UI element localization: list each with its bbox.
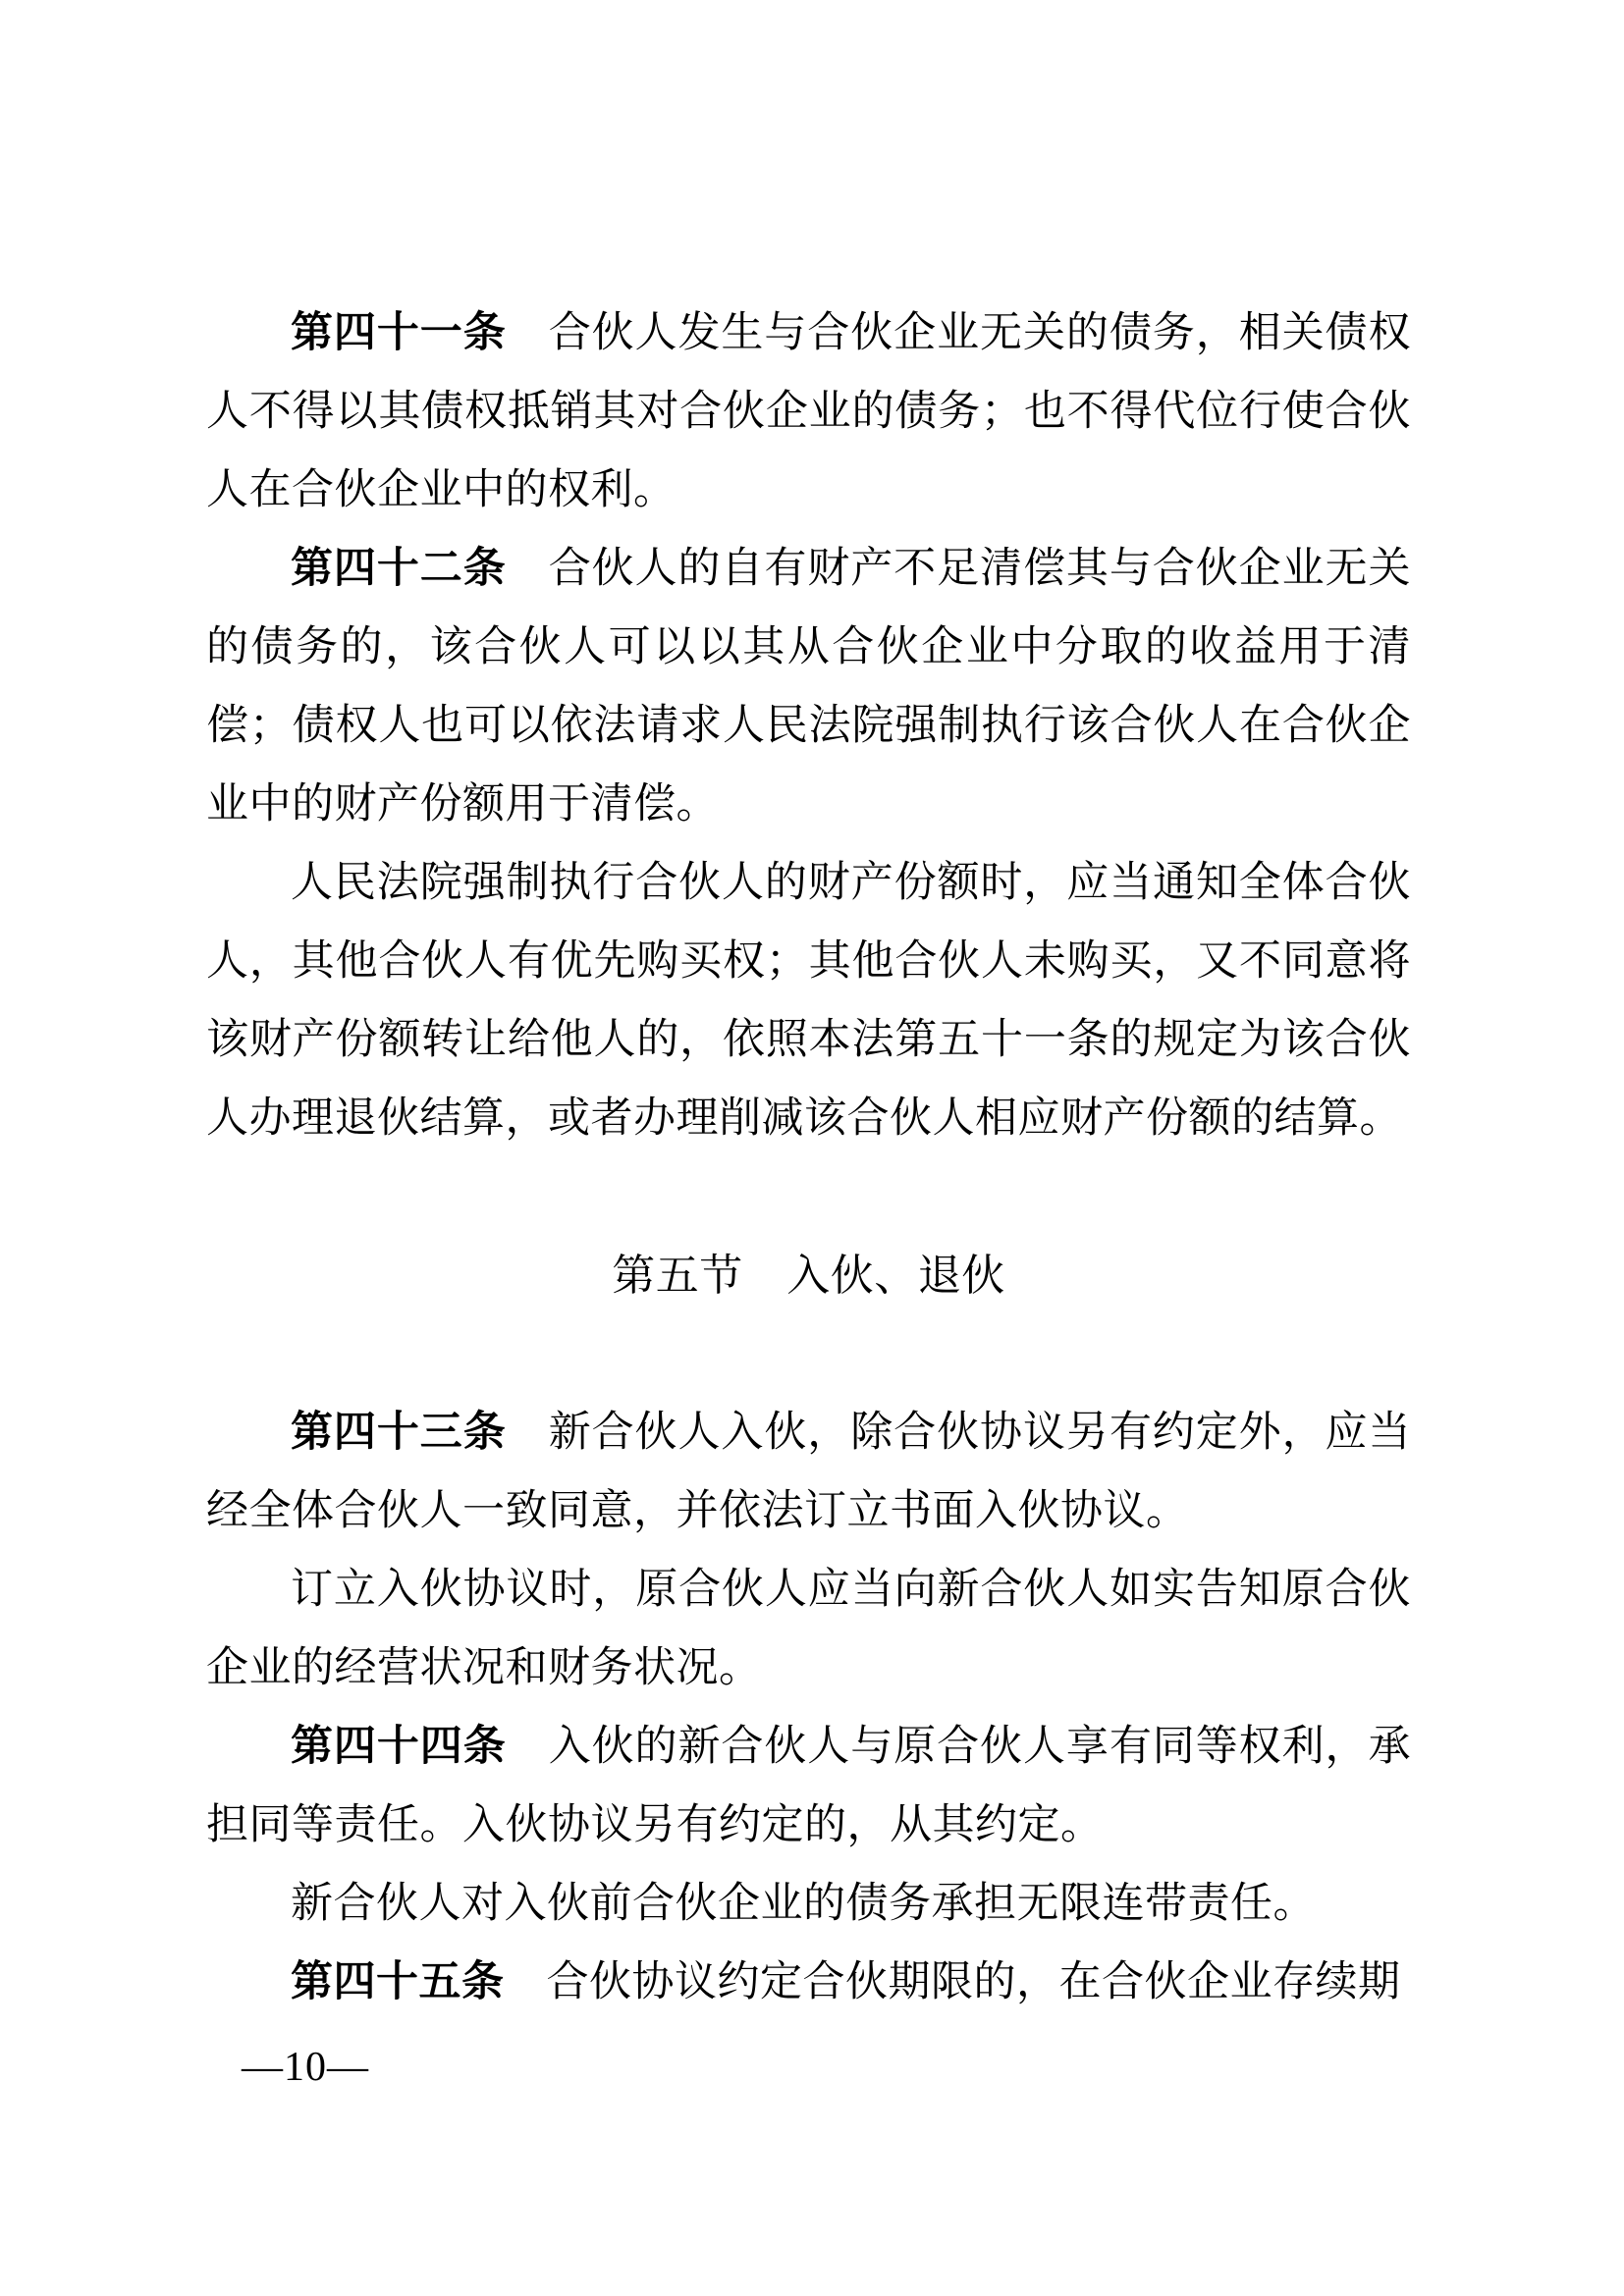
document-page: 第四十一条合伙人发生与合伙企业无关的债务，相关债权人不得以其债权抵销其对合伙企业…: [0, 0, 1624, 2296]
body-paragraph: 新合伙人对入伙前合伙企业的债务承担无限连带责任。: [206, 1865, 1411, 1944]
article-number-label: 第四十四条: [291, 1724, 507, 1770]
paragraph-text: 新合伙人对入伙前合伙企业的债务承担无限连带责任。: [291, 1881, 1316, 1927]
paragraph-text: 合伙协议约定合伙期限的，在合伙企业存续期: [547, 1959, 1401, 2005]
article-number-label: 第四十三条: [291, 1410, 507, 1456]
document-body: 第四十一条合伙人发生与合伙企业无关的债务，相关债权人不得以其债权抵销其对合伙企业…: [206, 294, 1411, 2022]
article-number-label: 第四十五条: [291, 1959, 505, 2005]
article-number-label: 第四十二条: [291, 546, 507, 592]
article-paragraph: 第四十一条合伙人发生与合伙企业无关的债务，相关债权人不得以其债权抵销其对合伙企业…: [206, 294, 1411, 530]
page-number: —10—: [242, 2044, 369, 2091]
article-paragraph: 第四十二条合伙人的自有财产不足清偿其与合伙企业无关的债务的，该合伙人可以以其从合…: [206, 530, 1411, 844]
article-paragraph: 第四十三条新合伙人入伙，除合伙协议另有约定外，应当经全体合伙人一致同意，并依法订…: [206, 1394, 1411, 1551]
body-paragraph: 人民法院强制执行合伙人的财产份额时，应当通知全体合伙人，其他合伙人有优先购买权；…: [206, 844, 1411, 1158]
article-number-label: 第四十一条: [291, 310, 507, 356]
article-paragraph: 第四十四条入伙的新合伙人与原合伙人享有同等权利，承担同等责任。入伙协议另有约定的…: [206, 1708, 1411, 1865]
paragraph-text: 订立入伙协议时，原合伙人应当向新合伙人如实告知原合伙企业的经营状况和财务状况。: [206, 1567, 1411, 1691]
body-paragraph: 订立入伙协议时，原合伙人应当向新合伙人如实告知原合伙企业的经营状况和财务状况。: [206, 1551, 1411, 1708]
section-heading: 第五节 入伙、退伙: [206, 1237, 1411, 1315]
paragraph-text: 人民法院强制执行合伙人的财产份额时，应当通知全体合伙人，其他合伙人有优先购买权；…: [206, 860, 1411, 1142]
article-paragraph: 第四十五条合伙协议约定合伙期限的，在合伙企业存续期: [206, 1944, 1411, 2022]
